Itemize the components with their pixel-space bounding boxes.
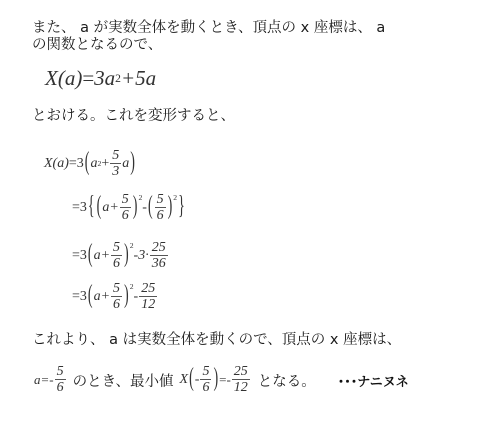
final-end-text: となる。 bbox=[258, 370, 316, 391]
step4-a: a+ bbox=[94, 289, 110, 305]
step4-eq: =3 bbox=[72, 289, 87, 305]
fraction-25-12: 25 12 bbox=[139, 282, 157, 312]
step3-a: a+ bbox=[94, 248, 110, 264]
equation-step3: =3 ( a+ 5 6 )2 -3· 25 36 bbox=[72, 233, 169, 279]
eq-rest: +5a bbox=[121, 66, 156, 91]
step3-mid: -3· bbox=[134, 248, 149, 264]
eq-rhs: 3a bbox=[94, 66, 115, 91]
step3-eq: =3 bbox=[72, 248, 87, 264]
step1-lhs: X(a) bbox=[44, 156, 69, 172]
final-line: a=- 5 6 のとき、最小値 X ( - 5 6 ) =- 25 12 となる… bbox=[34, 360, 409, 400]
fraction-5-6: 5 6 bbox=[111, 282, 122, 312]
answer-label: ･･･ナニヌネ bbox=[338, 371, 409, 390]
equation-step4: =3 ( a+ 5 6 )2 - 25 12 bbox=[72, 274, 158, 320]
fraction-5-3: 5 3 bbox=[110, 149, 121, 179]
right-paren: ) bbox=[168, 193, 173, 223]
right-paren: ) bbox=[130, 149, 135, 179]
left-brace: { bbox=[88, 193, 95, 223]
left-paren: ( bbox=[148, 193, 153, 223]
step1-tail: a bbox=[122, 156, 129, 172]
equation-step2: =3 { ( a+ 5 6 )2 - ( 5 6 )2 } bbox=[72, 185, 186, 231]
step2-a: a+ bbox=[102, 200, 118, 216]
left-paren: ( bbox=[97, 193, 102, 223]
step2-minus: - bbox=[142, 200, 147, 216]
set-text: とおける。これを変形すると、 bbox=[32, 107, 235, 125]
left-paren: ( bbox=[88, 241, 93, 271]
fraction-5-6: 5 6 bbox=[55, 365, 66, 395]
right-paren: ) bbox=[124, 241, 129, 271]
final-fn: X bbox=[180, 372, 189, 388]
fraction-5-6: 5 6 bbox=[111, 241, 122, 271]
step1-a: a bbox=[90, 156, 97, 172]
right-paren: ) bbox=[213, 365, 218, 395]
left-paren: ( bbox=[88, 282, 93, 312]
right-paren: ) bbox=[124, 282, 129, 312]
left-paren: ( bbox=[189, 365, 194, 395]
step1-eq: =3 bbox=[69, 156, 84, 172]
right-brace: } bbox=[178, 193, 185, 223]
fraction-25-36: 25 36 bbox=[150, 241, 168, 271]
fraction-5-6: 5 6 bbox=[155, 193, 166, 223]
conclusion-text: これより、 a は実数全体を動くので、頂点の x 座標は、 bbox=[32, 331, 401, 349]
right-paren: ) bbox=[133, 193, 138, 223]
eq-equals: = bbox=[82, 66, 94, 91]
final-when-text: のとき、最小値 bbox=[73, 370, 174, 391]
step4-minus: - bbox=[134, 289, 139, 305]
step1-plus: + bbox=[101, 156, 109, 172]
final-eq: =- bbox=[219, 372, 231, 388]
intro-text-line2: の関数となるので、 bbox=[32, 36, 162, 54]
fraction-25-12: 25 12 bbox=[232, 365, 250, 395]
intro-text-line1: また、 a が実数全体を動くとき、頂点の x 座標は、 a bbox=[32, 19, 385, 37]
fraction-5-6: 5 6 bbox=[120, 193, 131, 223]
final-neg: - bbox=[195, 372, 200, 388]
final-a-lhs: a=- bbox=[34, 372, 54, 388]
step2-eq: =3 bbox=[72, 200, 87, 216]
left-paren: ( bbox=[85, 149, 90, 179]
fraction-5-6: 5 6 bbox=[200, 365, 211, 395]
eq-lhs: X(a) bbox=[45, 66, 82, 91]
equation-main: X(a) = 3a2 +5a bbox=[45, 66, 156, 91]
equation-step1: X(a) =3 ( a2 + 5 3 a ) bbox=[44, 141, 136, 187]
